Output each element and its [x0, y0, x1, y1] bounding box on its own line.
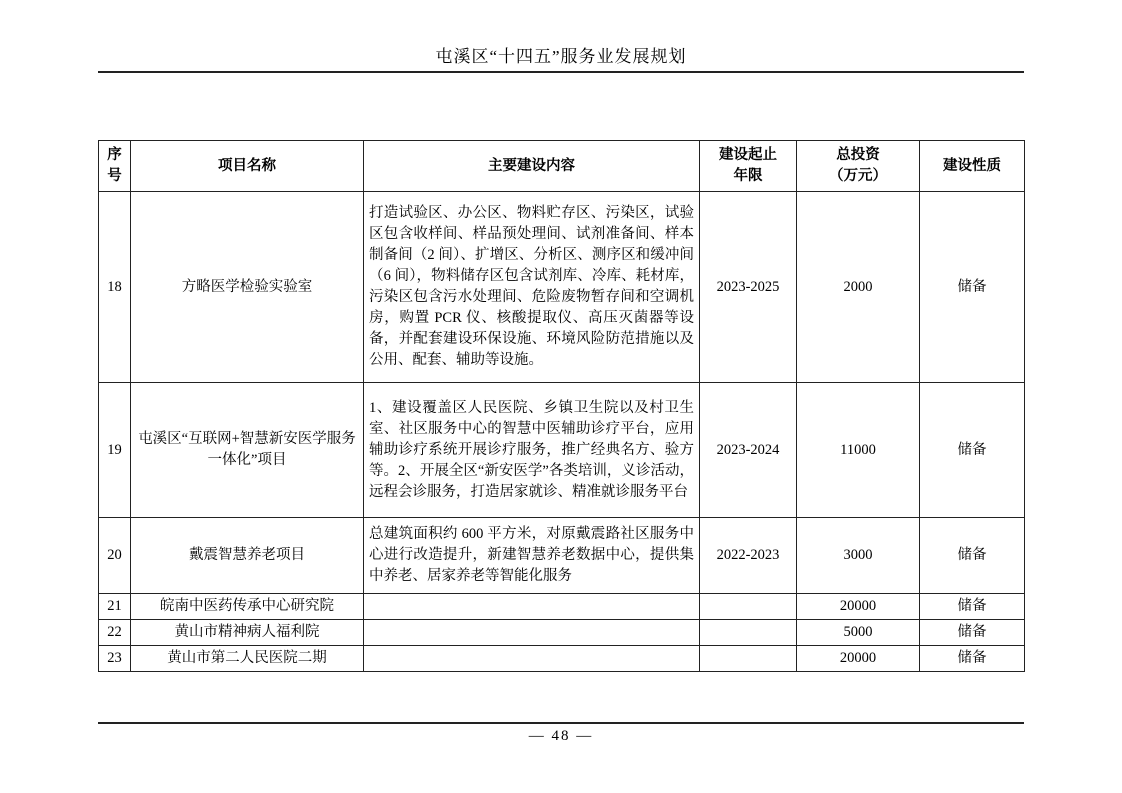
cell-project-name: 黄山市精神病人福利院: [131, 620, 364, 646]
projects-table: 序 号 项目名称 主要建设内容 建设起止 年限 总投资 （万元） 建设性质 18…: [98, 140, 1025, 672]
document-footer: — 48 —: [98, 722, 1024, 745]
cell-investment: 20000: [797, 646, 920, 672]
cell-years: [700, 594, 797, 620]
table-row: 19 屯溪区“互联网+智慧新安医学服务一体化”项目 1、建设覆盖区人民医院、乡镇…: [99, 383, 1025, 518]
header-name: 项目名称: [131, 141, 364, 192]
table-row: 18 方略医学检验实验室 打造试验区、办公区、物料贮存区、污染区，试验区包含收样…: [99, 192, 1025, 383]
cell-no: 23: [99, 646, 131, 672]
cell-project-name: 皖南中医药传承中心研究院: [131, 594, 364, 620]
document-page: 屯溪区“十四五”服务业发展规划 序 号 项目名称 主要建设内容 建设起止 年限 …: [0, 0, 1122, 793]
cell-nature: 储备: [920, 646, 1025, 672]
cell-investment: 5000: [797, 620, 920, 646]
header-content: 主要建设内容: [364, 141, 700, 192]
cell-nature: 储备: [920, 192, 1025, 383]
cell-investment: 2000: [797, 192, 920, 383]
table-row: 21 皖南中医药传承中心研究院 20000 储备: [99, 594, 1025, 620]
cell-project-name: 黄山市第二人民医院二期: [131, 646, 364, 672]
cell-no: 20: [99, 518, 131, 594]
cell-nature: 储备: [920, 383, 1025, 518]
cell-years: 2023-2024: [700, 383, 797, 518]
cell-no: 19: [99, 383, 131, 518]
cell-project-name: 戴震智慧养老项目: [131, 518, 364, 594]
cell-project-name: 屯溪区“互联网+智慧新安医学服务一体化”项目: [131, 383, 364, 518]
cell-no: 18: [99, 192, 131, 383]
cell-investment: 20000: [797, 594, 920, 620]
cell-content: [364, 620, 700, 646]
cell-content: 打造试验区、办公区、物料贮存区、污染区，试验区包含收样间、样品预处理间、试剂准备…: [364, 192, 700, 383]
table-row: 20 戴震智慧养老项目 总建筑面积约 600 平方米，对原戴震路社区服务中心进行…: [99, 518, 1025, 594]
cell-years: 2023-2025: [700, 192, 797, 383]
page-title: 屯溪区“十四五”服务业发展规划: [98, 46, 1024, 68]
cell-nature: 储备: [920, 518, 1025, 594]
cell-content: [364, 594, 700, 620]
cell-no: 22: [99, 620, 131, 646]
cell-project-name: 方略医学检验实验室: [131, 192, 364, 383]
document-header: 屯溪区“十四五”服务业发展规划: [98, 0, 1024, 73]
table-header-row: 序 号 项目名称 主要建设内容 建设起止 年限 总投资 （万元） 建设性质: [99, 141, 1025, 192]
page-number: — 48 —: [98, 728, 1024, 745]
cell-investment: 3000: [797, 518, 920, 594]
cell-years: [700, 620, 797, 646]
cell-nature: 储备: [920, 594, 1025, 620]
cell-years: [700, 646, 797, 672]
header-years: 建设起止 年限: [700, 141, 797, 192]
cell-no: 21: [99, 594, 131, 620]
cell-nature: 储备: [920, 620, 1025, 646]
cell-content: 1、建设覆盖区人民医院、乡镇卫生院以及村卫生室、社区服务中心的智慧中医辅助诊疗平…: [364, 383, 700, 518]
table-row: 23 黄山市第二人民医院二期 20000 储备: [99, 646, 1025, 672]
header-nature: 建设性质: [920, 141, 1025, 192]
header-investment: 总投资 （万元）: [797, 141, 920, 192]
footer-rule: [98, 722, 1024, 724]
projects-table-container: 序 号 项目名称 主要建设内容 建设起止 年限 总投资 （万元） 建设性质 18…: [98, 140, 1024, 672]
cell-content: [364, 646, 700, 672]
cell-years: 2022-2023: [700, 518, 797, 594]
table-row: 22 黄山市精神病人福利院 5000 储备: [99, 620, 1025, 646]
header-no: 序 号: [99, 141, 131, 192]
cell-investment: 11000: [797, 383, 920, 518]
cell-content: 总建筑面积约 600 平方米，对原戴震路社区服务中心进行改造提升，新建智慧养老数…: [364, 518, 700, 594]
